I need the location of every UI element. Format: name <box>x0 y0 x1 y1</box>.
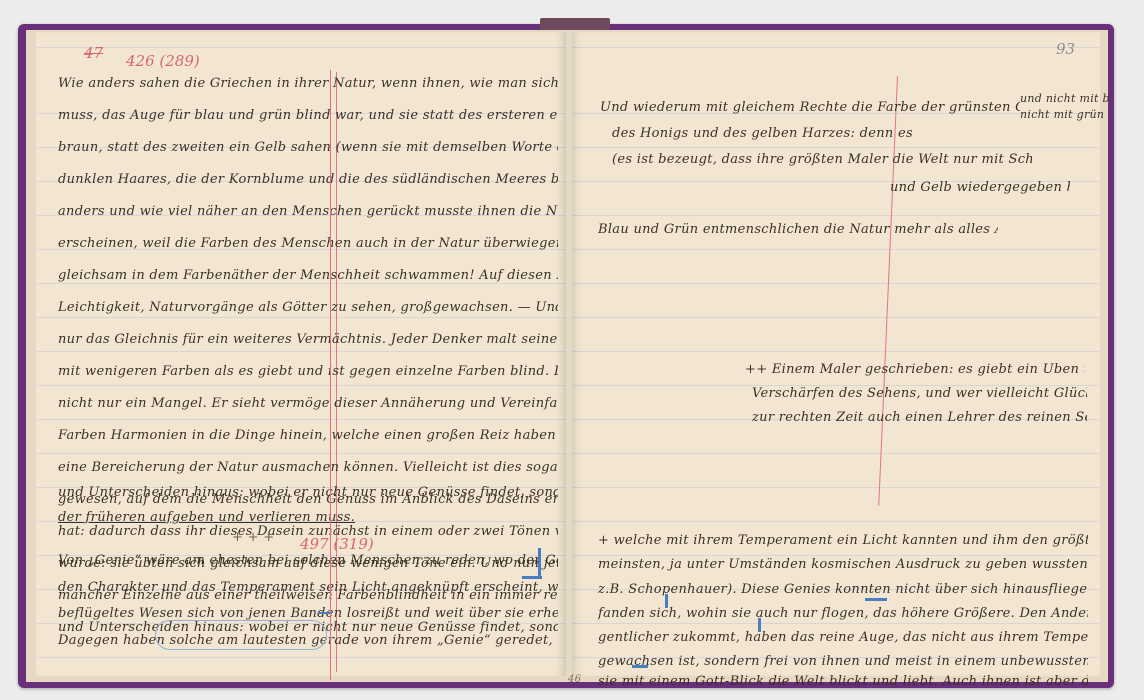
manuscript-line: und Unterscheiden hinaus: wobei er nicht… <box>58 485 558 500</box>
manuscript-line: nicht nur ein Mangel. Er sieht vermöge d… <box>58 396 558 411</box>
manuscript-line: des Honigs und des gelben Harzes: denn e… <box>612 126 912 141</box>
left-page-red-rule <box>330 70 331 680</box>
manuscript-line: + welche mit ihrem Temperament ein Licht… <box>598 533 1088 548</box>
blue-pencil-mark <box>758 618 761 632</box>
manuscript-line: dunklen Haares, die der Kornblume und di… <box>58 172 558 187</box>
struck-page-number: 47 <box>84 44 103 62</box>
manuscript-line: braun, statt des zweiten ein Gelb sahen … <box>58 140 558 155</box>
margin-note: nicht mit grün <box>1020 108 1110 121</box>
blue-pencil-mark <box>865 598 887 601</box>
section-archive-number: 497 (319) <box>300 535 374 553</box>
blue-pencil-mark <box>522 576 542 579</box>
page-number: 93 <box>1056 40 1075 58</box>
manuscript-line: Blau und Grün entmenschlichen die Natur … <box>598 222 998 237</box>
manuscript-line: (es ist bezeugt, dass ihre größten Maler… <box>612 152 1032 167</box>
blue-pencil-mark <box>538 548 541 578</box>
manuscript-line: sie mit einem Gott-Blick die Welt blickt… <box>598 674 1088 689</box>
footnote-line: ++ Einem Maler geschrieben: es giebt ein… <box>745 362 1085 377</box>
manuscript-line: erscheinen, weil die Farben des Menschen… <box>58 236 558 251</box>
manuscript-line: muss, das Auge für blau und grün blind w… <box>58 108 558 123</box>
blue-pencil-mark <box>665 594 668 608</box>
manuscript-line: anders und wie viel näher an den Mensche… <box>58 204 558 219</box>
manuscript-line: den Charakter und das Temperament sein L… <box>58 580 558 595</box>
manuscript-line: Wie anders sahen die Griechen in ihrer N… <box>58 76 558 91</box>
margin-note: und nicht mit blau, <box>1020 92 1110 105</box>
manuscript-line: Von „Genie“ wäre am ehesten bei solchen … <box>58 553 558 568</box>
manuscript-line: gleichsam in dem Farbenäther der Menschh… <box>58 268 558 283</box>
manuscript-line: Leichtigkeit, Naturvorgänge als Götter z… <box>58 300 558 315</box>
manuscript-line: nur das Gleichnis für ein weiteres Vermä… <box>58 332 558 347</box>
blue-pencil-loop <box>155 620 327 650</box>
manuscript-line: gewachsen ist, sondern frei von ihnen un… <box>598 654 1088 669</box>
manuscript-line: beflügeltes Wesen sich von jenen Banden … <box>58 606 558 621</box>
manuscript-line: der früheren aufgeben und verlieren muss… <box>58 510 358 525</box>
margin-number: 46 <box>568 674 581 685</box>
footnote-line: zur rechten Zeit auch einen Lehrer des r… <box>752 410 1087 425</box>
manuscript-line: gentlicher zukommt, haben das reine Auge… <box>598 630 1088 645</box>
manuscript-line: Und wiederum mit gleichem Rechte die Far… <box>600 100 1020 115</box>
blue-pencil-mark <box>632 665 648 668</box>
footnote-line: Verschärfen des Sehens, und wer vielleic… <box>752 386 1087 401</box>
manuscript-line: Farben Harmonien in die Dinge hinein, we… <box>58 428 558 443</box>
manuscript-line: mit wenigeren Farben als es giebt und is… <box>58 364 558 379</box>
manuscript-line: fanden sich, wohin sie auch nur flogen, … <box>598 606 1088 621</box>
manuscript-line: und Gelb wiedergegeben haben) <box>890 180 1070 195</box>
manuscript-line: meinsten, ja unter Umständen kosmischen … <box>598 557 1088 572</box>
archive-number: 426 (289) <box>126 52 200 70</box>
section-marker: + + + <box>232 530 274 545</box>
manuscript-line: z.B. Schopenhauer). Diese Genies konnten… <box>598 582 1088 597</box>
manuscript-line: eine Bereicherung der Natur ausmachen kö… <box>58 460 558 475</box>
